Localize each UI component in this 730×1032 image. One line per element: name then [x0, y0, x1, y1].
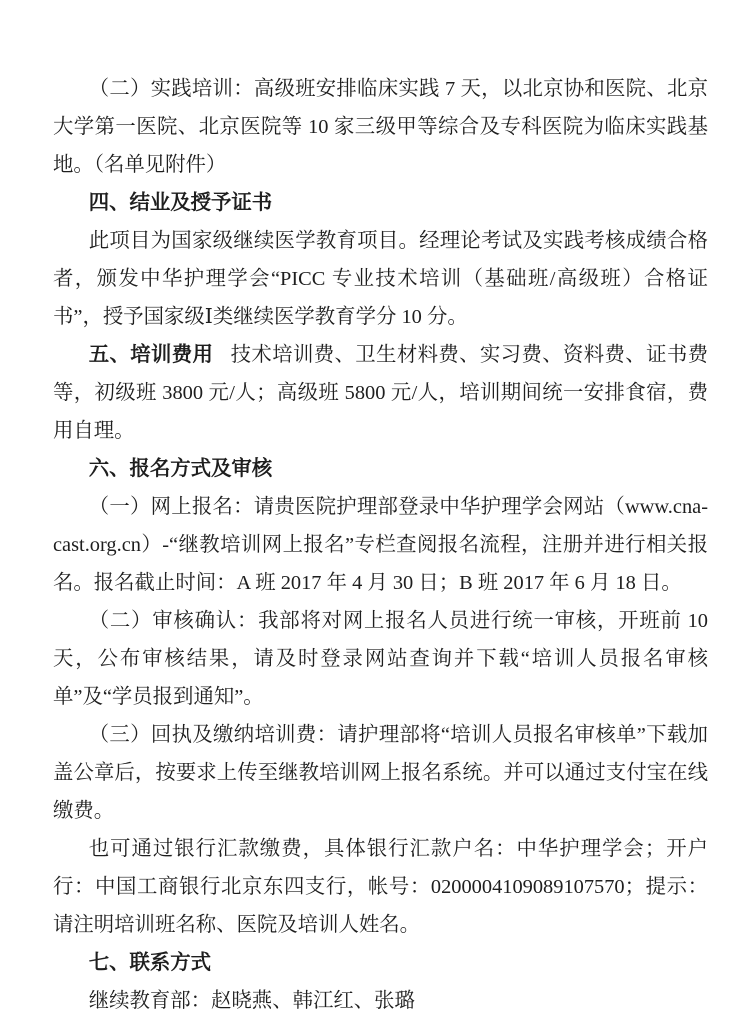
- document-page: （二）实践培训：高级班安排临床实践 7 天，以北京协和医院、北京大学第一医院、北…: [0, 0, 730, 1032]
- paragraph-certificate-details: 此项目为国家级继续医学教育项目。经理论考试及实践考核成绩合格者，颁发中华护理学会…: [53, 222, 708, 336]
- paragraph-practice-training: （二）实践培训：高级班安排临床实践 7 天，以北京协和医院、北京大学第一医院、北…: [53, 70, 708, 184]
- paragraph-bank-transfer: 也可通过银行汇款缴费，具体银行汇款户名：中华护理学会；开户行：中国工商银行北京东…: [53, 830, 708, 944]
- training-fees-inline-heading: 五、培训费用: [89, 344, 214, 366]
- paragraph-training-fees: 五、培训费用技术培训费、卫生材料费、实习费、资料费、证书费等，初级班 3800 …: [53, 336, 708, 450]
- paragraph-receipt-payment: （三）回执及缴纳培训费：请护理部将“培训人员报名审核单”下载加盖公章后，按要求上…: [53, 716, 708, 830]
- paragraph-contact-persons: 继续教育部：赵晓燕、韩江红、张璐: [53, 982, 708, 1020]
- section-heading-contact: 七、联系方式: [53, 944, 708, 982]
- paragraph-online-registration: （一）网上报名：请贵医院护理部登录中华护理学会网站（www.cna-cast.o…: [53, 488, 708, 602]
- paragraph-review-confirmation: （二）审核确认：我部将对网上报名人员进行统一审核，开班前 10 天，公布审核结果…: [53, 602, 708, 716]
- section-heading-certificates: 四、结业及授予证书: [53, 184, 708, 222]
- section-heading-registration: 六、报名方式及审核: [53, 450, 708, 488]
